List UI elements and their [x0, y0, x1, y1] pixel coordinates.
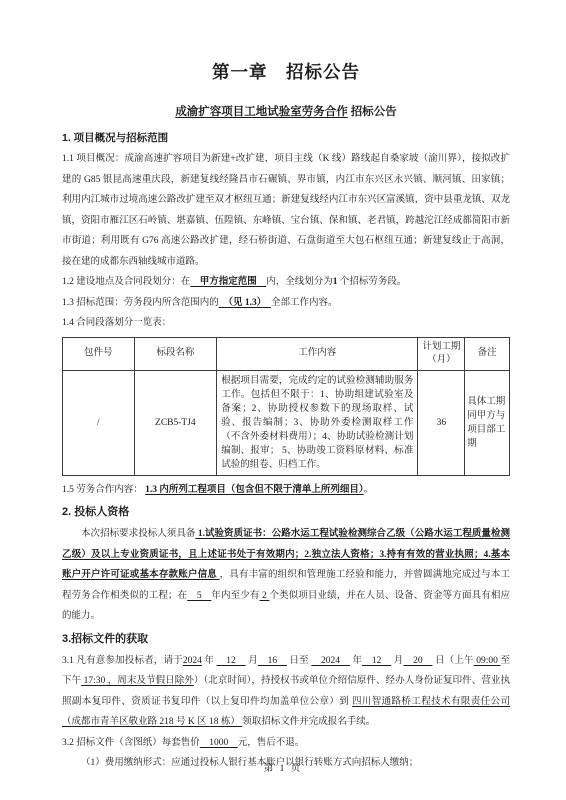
text-run: 1.1 项目概况：成渝高速扩容项目为新建+改扩建，项目主线（K 线）路线起自桑家…	[62, 154, 510, 267]
text-run: 年	[350, 656, 362, 666]
table-row: / ZCB5-TJ4 根据项目需要，完成约定的试验检测辅助服务工作。包括但不限于…	[63, 370, 510, 475]
doc-subtitle: 成渝扩容项目工地试验室劳务合作 招标公告	[62, 104, 510, 120]
para-1-2: 1.2 建设地点及合同段划分：在 甲方指定范围 内，全线划分为1 个招标劳务段。	[62, 272, 510, 293]
text-run: 20	[403, 656, 432, 666]
text-run: 09:00	[474, 656, 501, 666]
text-run: 全部工作内容。	[271, 298, 338, 308]
text-run: 日至	[287, 656, 311, 666]
para-1-5: 1.5 劳务合作内容： 1.3 内所列工程项目（包含但不限于清单上所列细目）。	[62, 480, 510, 501]
cell-work-content: 根据项目需要，完成约定的试验检测辅助服务工作。包括但不限于：1、协助组建试验室及…	[217, 370, 418, 475]
text-run: 甲方指定范围	[190, 277, 266, 287]
text-run: 3.1 凡有意参加投标者，请于	[62, 656, 183, 666]
col-header-duration: 计划工期（月）	[418, 337, 465, 370]
cell-section-name: ZCB5-TJ4	[134, 370, 217, 475]
col-header-package-no: 包件号	[63, 337, 135, 370]
text-run: 16	[258, 656, 287, 666]
text-run: 日（上午	[432, 656, 473, 666]
cell-package-no: /	[63, 370, 135, 475]
col-header-section-name: 标段名称	[134, 337, 217, 370]
chapter-title: 第一章 招标公告	[62, 60, 510, 84]
col-header-work-content: 工作内容	[217, 337, 418, 370]
subtitle-project-name: 成渝扩容项目工地试验室劳务合作	[175, 106, 348, 118]
text-run: 1000	[200, 738, 238, 748]
text-run: 3.2 招标文件（含图纸）每套售价	[62, 738, 200, 748]
cell-remark: 具体工期同甲方与项目部工期	[465, 370, 510, 475]
text-run: 5	[187, 591, 211, 601]
text-run: 月	[391, 656, 403, 666]
text-run: 领取招标文件并完成报名手续。	[242, 717, 375, 727]
text-run: 2	[260, 591, 270, 601]
text-run: 月	[246, 656, 258, 666]
text-run: 年内至少有	[211, 591, 259, 601]
text-run: 元，售后不退。	[238, 738, 305, 748]
text-run: 17:30 ，周末及节假日除外	[81, 676, 194, 686]
section-3-heading: 3.招标文件的获取	[62, 632, 510, 647]
section-2-heading: 2. 投标人资格	[62, 505, 510, 520]
para-1-3: 1.3 招标范围：劳务段内所含范围内的 （见 1.3） 全部工作内容。	[62, 293, 510, 314]
text-run: 本次招标要求投标人须具备	[81, 529, 195, 539]
para-3-2: 3.2 招标文件（含图纸）每套售价 1000 元，售后不退。	[62, 733, 510, 754]
text-run: 12	[362, 656, 391, 666]
text-run: 2024	[183, 656, 202, 666]
para-1-1: 1.1 项目概况：成渝高速扩容项目为新建+改扩建，项目主线（K 线）路线起自桑家…	[62, 149, 510, 272]
para-1-4: 1.4 合同段落划分一览表：	[62, 313, 510, 334]
text-run: 1.3 招标范围：劳务段内所含范围内的	[62, 298, 219, 308]
para-3-1: 3.1 凡有意参加投标者，请于2024 年 12 月 16 日至 2024 年 …	[62, 651, 510, 733]
text-run: 1.2 建设地点及合同段划分：在	[62, 277, 190, 287]
para-2-qualifications: 本次招标要求投标人须具备 1.试验资质证书：公路水运工程试验检测综合乙级（公路水…	[62, 524, 510, 627]
document-page: 第一章 招标公告 成渝扩容项目工地试验室劳务合作 招标公告 1. 项目概况与招标…	[0, 0, 566, 800]
text-run: 内，全线划分为	[266, 277, 333, 287]
text-run: 2024	[311, 656, 350, 666]
text-run: 个招标劳务段。	[338, 277, 407, 287]
table-header-row: 包件号 标段名称 工作内容 计划工期（月） 备注	[63, 337, 510, 370]
text-run: 1.3 内所列工程项目（包含但不限于清单上所列细目）	[145, 485, 364, 495]
text-run: 1.4 合同段落划分一览表：	[62, 318, 171, 328]
page-number: 第 1 页	[0, 760, 566, 774]
subtitle-suffix: 招标公告	[348, 106, 397, 118]
col-header-remark: 备注	[465, 337, 510, 370]
text-run: 年	[202, 656, 217, 666]
cell-duration: 36	[418, 370, 465, 475]
text-run: 。	[364, 485, 374, 495]
text-run: 1.5 劳务合作内容：	[62, 485, 145, 495]
contract-sections-table: 包件号 标段名称 工作内容 计划工期（月） 备注 / ZCB5-TJ4 根据项目…	[62, 337, 510, 476]
text-run: 12	[217, 656, 246, 666]
text-run: （见 1.3）	[219, 298, 271, 308]
section-1-heading: 1. 项目概况与招标范围	[62, 131, 510, 146]
